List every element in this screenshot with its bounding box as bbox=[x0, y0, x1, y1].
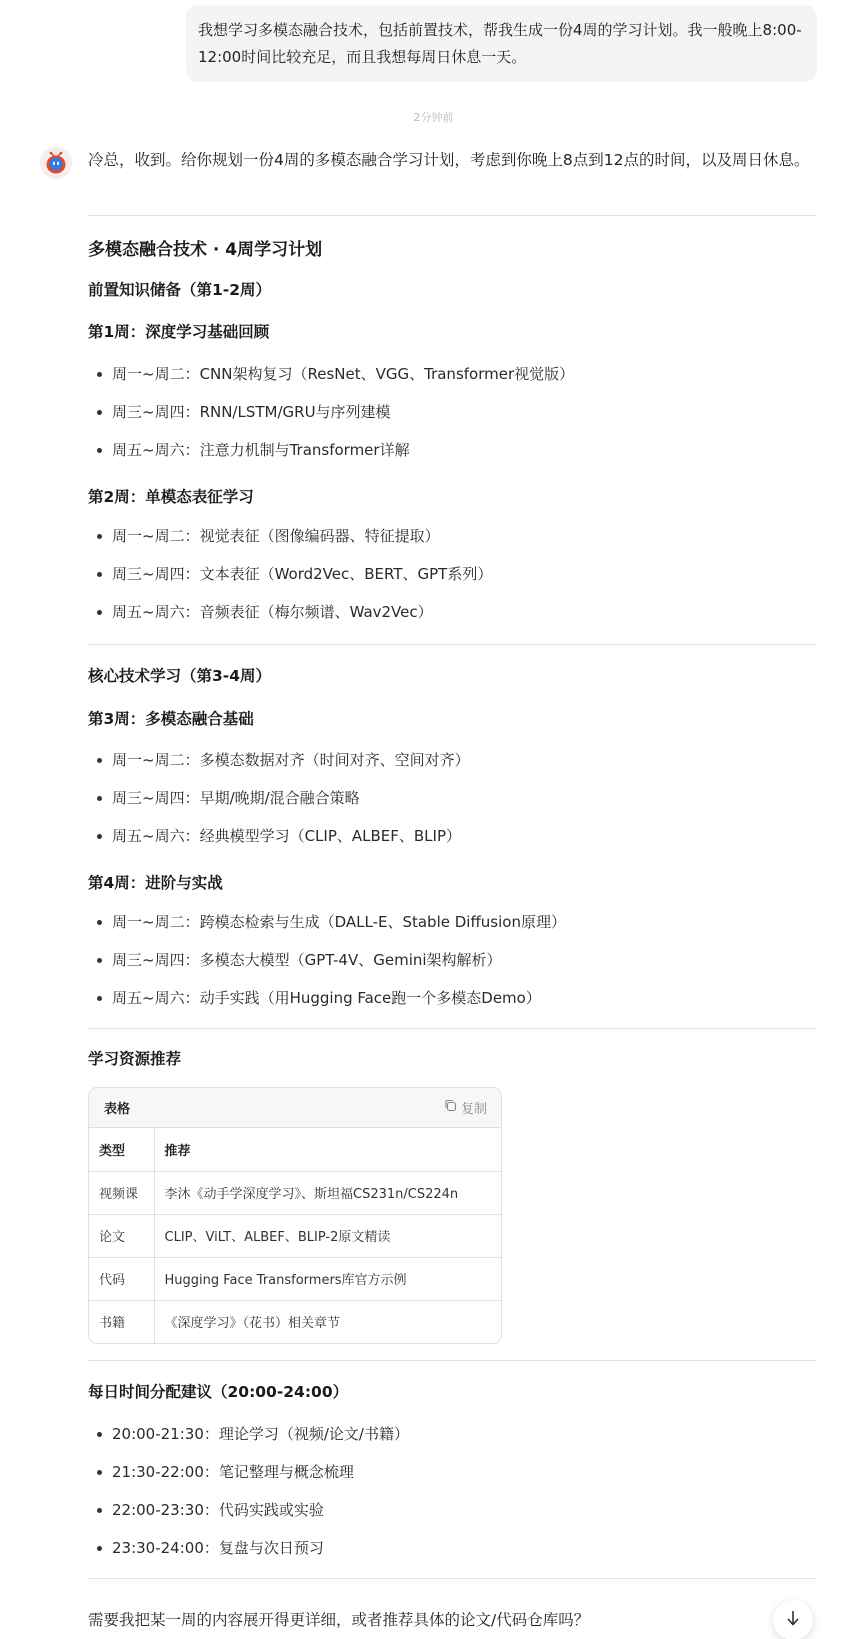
list-item: 20:00-21:30：理论学习（视频/论文/书籍） bbox=[88, 1415, 817, 1453]
list-item: 周三~周四：早期/晚期/混合融合策略 bbox=[88, 779, 817, 817]
week-1-heading: 第1周：深度学习基础回顾 bbox=[88, 320, 269, 342]
table-cell: 李沐《动手学深度学习》、斯坦福CS231n/CS224n bbox=[154, 1171, 501, 1214]
table-header-row: 类型 推荐 bbox=[89, 1128, 501, 1171]
table-cell: Hugging Face Transformers库官方示例 bbox=[154, 1257, 501, 1300]
table-cell: 视频课 bbox=[89, 1171, 154, 1214]
list-item: 周五~周六：动手实践（用Hugging Face跑一个多模态Demo） bbox=[88, 979, 817, 1017]
plan-title: 多模态融合技术 · 4周学习计划 bbox=[88, 235, 322, 260]
user-message: 我想学习多模态融合技术，包括前置技术，帮我生成一份4周的学习计划。我一般晚上8:… bbox=[186, 5, 817, 82]
section-heading-prerequisites: 前置知识储备（第1-2周） bbox=[88, 278, 271, 300]
week-3-heading: 第3周：多模态融合基础 bbox=[88, 707, 254, 729]
week-2-list: 周一~周二：视觉表征（图像编码器、特征提取） 周三~周四：文本表征（Word2V… bbox=[88, 517, 817, 631]
list-item: 周一~周二：视觉表征（图像编码器、特征提取） bbox=[88, 517, 817, 555]
section-heading-core: 核心技术学习（第3-4周） bbox=[88, 664, 271, 686]
column-header: 推荐 bbox=[154, 1128, 501, 1171]
list-item: 周一~周二：跨模态检索与生成（DALL-E、Stable Diffusion原理… bbox=[88, 903, 817, 941]
list-item: 21:30-22:00：笔记整理与概念梳理 bbox=[88, 1453, 817, 1491]
message-timestamp: 2分钟前 bbox=[0, 109, 867, 125]
table-cell: 论文 bbox=[89, 1214, 154, 1257]
table-cell: 书籍 bbox=[89, 1300, 154, 1343]
list-item: 周三~周四：文本表征（Word2Vec、BERT、GPT系列） bbox=[88, 555, 817, 593]
table-cell: 《深度学习》（花书）相关章节 bbox=[154, 1300, 501, 1343]
week-4-heading: 第4周：进阶与实战 bbox=[88, 871, 223, 893]
list-item: 23:30-24:00：复盘与次日预习 bbox=[88, 1529, 817, 1567]
user-message-bubble: 我想学习多模态融合技术，包括前置技术，帮我生成一份4周的学习计划。我一般晚上8:… bbox=[186, 5, 817, 82]
divider bbox=[88, 644, 817, 645]
divider bbox=[88, 1360, 817, 1361]
copy-label: 复制 bbox=[461, 1098, 487, 1117]
copy-button[interactable]: 复制 bbox=[444, 1098, 487, 1117]
robot-avatar-icon bbox=[40, 147, 72, 179]
copy-icon bbox=[444, 1099, 457, 1116]
closing-question: 需要我把某一周的内容展开得更详细，或者推荐具体的论文/代码仓库吗？ bbox=[88, 1607, 768, 1633]
table-cell: 代码 bbox=[89, 1257, 154, 1300]
table-cell: CLIP、ViLT、ALBEF、BLIP-2原文精读 bbox=[154, 1214, 501, 1257]
week-2-heading: 第2周：单模态表征学习 bbox=[88, 485, 254, 507]
scroll-to-bottom-button[interactable] bbox=[773, 1600, 813, 1639]
list-item: 22:00-23:30：代码实践或实验 bbox=[88, 1491, 817, 1529]
column-header: 类型 bbox=[89, 1128, 154, 1171]
table-row: 视频课 李沐《动手学深度学习》、斯坦福CS231n/CS224n bbox=[89, 1171, 501, 1214]
arrow-down-icon bbox=[785, 1609, 801, 1631]
list-item: 周五~周六：注意力机制与Transformer详解 bbox=[88, 431, 817, 469]
table-row: 书籍 《深度学习》（花书）相关章节 bbox=[89, 1300, 501, 1343]
week-1-list: 周一~周二：CNN架构复习（ResNet、VGG、Transformer视觉版）… bbox=[88, 355, 817, 469]
list-item: 周一~周二：CNN架构复习（ResNet、VGG、Transformer视觉版） bbox=[88, 355, 817, 393]
divider bbox=[88, 1578, 817, 1579]
resources-heading: 学习资源推荐 bbox=[88, 1047, 181, 1069]
list-item: 周三~周四：多模态大模型（GPT-4V、Gemini架构解析） bbox=[88, 941, 817, 979]
list-item: 周一~周二：多模态数据对齐（时间对齐、空间对齐） bbox=[88, 741, 817, 779]
table-row: 代码 Hugging Face Transformers库官方示例 bbox=[89, 1257, 501, 1300]
resources-table: 类型 推荐 视频课 李沐《动手学深度学习》、斯坦福CS231n/CS224n 论… bbox=[89, 1128, 501, 1343]
list-item: 周五~周六：经典模型学习（CLIP、ALBEF、BLIP） bbox=[88, 817, 817, 855]
divider bbox=[88, 215, 817, 216]
table-label: 表格 bbox=[104, 1098, 130, 1117]
week-4-list: 周一~周二：跨模态检索与生成（DALL-E、Stable Diffusion原理… bbox=[88, 903, 817, 1017]
divider bbox=[88, 1028, 817, 1029]
daily-schedule-list: 20:00-21:30：理论学习（视频/论文/书籍） 21:30-22:00：笔… bbox=[88, 1415, 817, 1567]
list-item: 周五~周六：音频表征（梅尔频谱、Wav2Vec） bbox=[88, 593, 817, 631]
table-row: 论文 CLIP、ViLT、ALBEF、BLIP-2原文精读 bbox=[89, 1214, 501, 1257]
week-3-list: 周一~周二：多模态数据对齐（时间对齐、空间对齐） 周三~周四：早期/晚期/混合融… bbox=[88, 741, 817, 855]
assistant-intro: 冷总，收到。给你规划一份4周的多模态融合学习计划，考虑到你晚上8点到12点的时间… bbox=[88, 147, 817, 173]
daily-schedule-heading: 每日时间分配建议（20:00-24:00） bbox=[88, 1380, 348, 1402]
table-header-bar: 表格 复制 bbox=[89, 1088, 501, 1128]
resources-table-card: 表格 复制 类型 推荐 视频课 bbox=[88, 1087, 502, 1344]
list-item: 周三~周四：RNN/LSTM/GRU与序列建模 bbox=[88, 393, 817, 431]
